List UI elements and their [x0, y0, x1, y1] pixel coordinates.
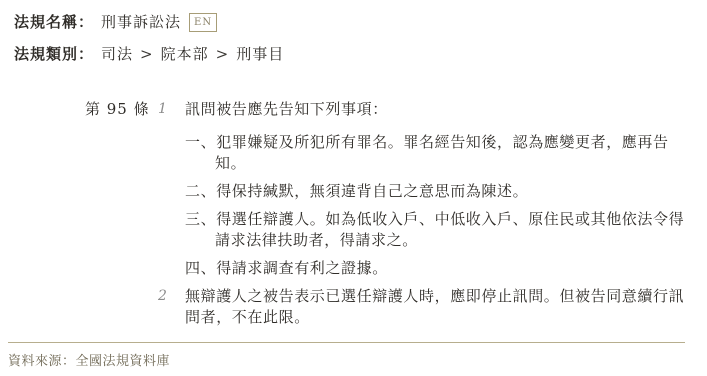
list-item-4: 四、得請求調查有利之證據。 [185, 258, 690, 279]
paragraph-2-text: 無辯護人之被告表示已選任辯護人時，應即停止訊問。但被告同意續行訊問者，不在此限。 [185, 286, 690, 328]
law-name-value: 刑事訴訟法 [101, 13, 181, 31]
law-category-label: 法規類別： [14, 45, 94, 63]
article-paragraphs: 1 訊問被告應先告知下列事項： 一、犯罪嫌疑及所犯所有罪名。罪名經告知後，認為應… [158, 99, 690, 328]
english-version-badge[interactable]: EN [189, 13, 217, 32]
paragraph-2-content: 無辯護人之被告表示已選任辯護人時，應即停止訊問。但被告同意續行訊問者，不在此限。 [185, 286, 690, 328]
paragraph-2: 2 無辯護人之被告表示已選任辯護人時，應即停止訊問。但被告同意續行訊問者，不在此… [158, 286, 690, 328]
law-category-row: 法規類別：司法>院本部>刑事目 [14, 41, 284, 67]
law-name-row: 法規名稱：刑事訴訟法EN [14, 9, 284, 35]
breadcrumb-item-judicial[interactable]: 司法 [101, 45, 133, 63]
list-item-1: 一、犯罪嫌疑及所犯所有罪名。罪名經告知後，認為應變更者，應再告知。 [185, 132, 690, 174]
breadcrumb-item-yuan-headquarters[interactable]: 院本部 [161, 45, 209, 63]
paragraph-2-number: 2 [158, 286, 185, 328]
paragraph-1-text: 訊問被告應先告知下列事項： [185, 99, 690, 120]
article-number: 第 95 條 [85, 99, 158, 120]
law-meta-header: 法規名稱：刑事訴訟法EN 法規類別：司法>院本部>刑事目 [14, 9, 284, 73]
paragraph-1-number: 1 [158, 99, 185, 279]
law-name-label: 法規名稱： [14, 13, 94, 31]
list-item-3: 三、得選任辯護人。如為低收入戶、中低收入戶、原住民或其他依法令得請求法律扶助者，… [185, 209, 690, 251]
breadcrumb-separator-icon: > [216, 45, 230, 63]
list-item-2: 二、得保持緘默，無須違背自己之意思而為陳述。 [185, 181, 690, 202]
breadcrumb-item-criminal-category[interactable]: 刑事目 [236, 45, 284, 63]
data-source-text: 資料來源：全國法規資料庫 [8, 350, 685, 369]
breadcrumb: 司法>院本部>刑事目 [101, 45, 284, 63]
breadcrumb-separator-icon: > [140, 45, 154, 63]
paragraph-1-content: 訊問被告應先告知下列事項： 一、犯罪嫌疑及所犯所有罪名。罪名經告知後，認為應變更… [185, 99, 690, 279]
paragraph-1: 1 訊問被告應先告知下列事項： 一、犯罪嫌疑及所犯所有罪名。罪名經告知後，認為應… [158, 99, 690, 279]
page-footer: 資料來源：全國法規資料庫 [8, 342, 685, 369]
article-95-block: 第 95 條 1 訊問被告應先告知下列事項： 一、犯罪嫌疑及所犯所有罪名。罪名經… [85, 99, 690, 328]
